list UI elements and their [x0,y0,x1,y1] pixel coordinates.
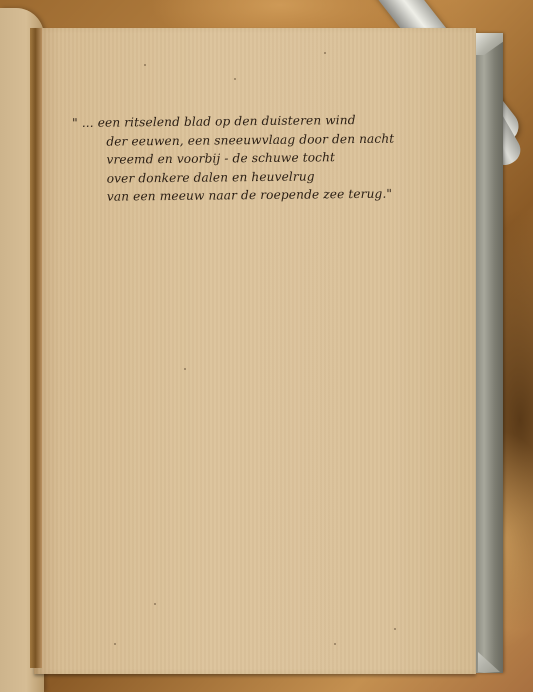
paper-speck [184,368,186,370]
paper-speck [234,78,236,80]
paper-speck [324,52,326,54]
silver-binding-strip [476,33,503,673]
book-gutter [30,28,42,668]
paper-speck [154,603,156,605]
handwritten-poem: " ... een ritselend blad op den duistere… [72,110,473,207]
paper-speck [114,643,116,645]
paper-speck [394,628,396,630]
paper-speck [144,64,146,66]
paper-speck [334,643,336,645]
